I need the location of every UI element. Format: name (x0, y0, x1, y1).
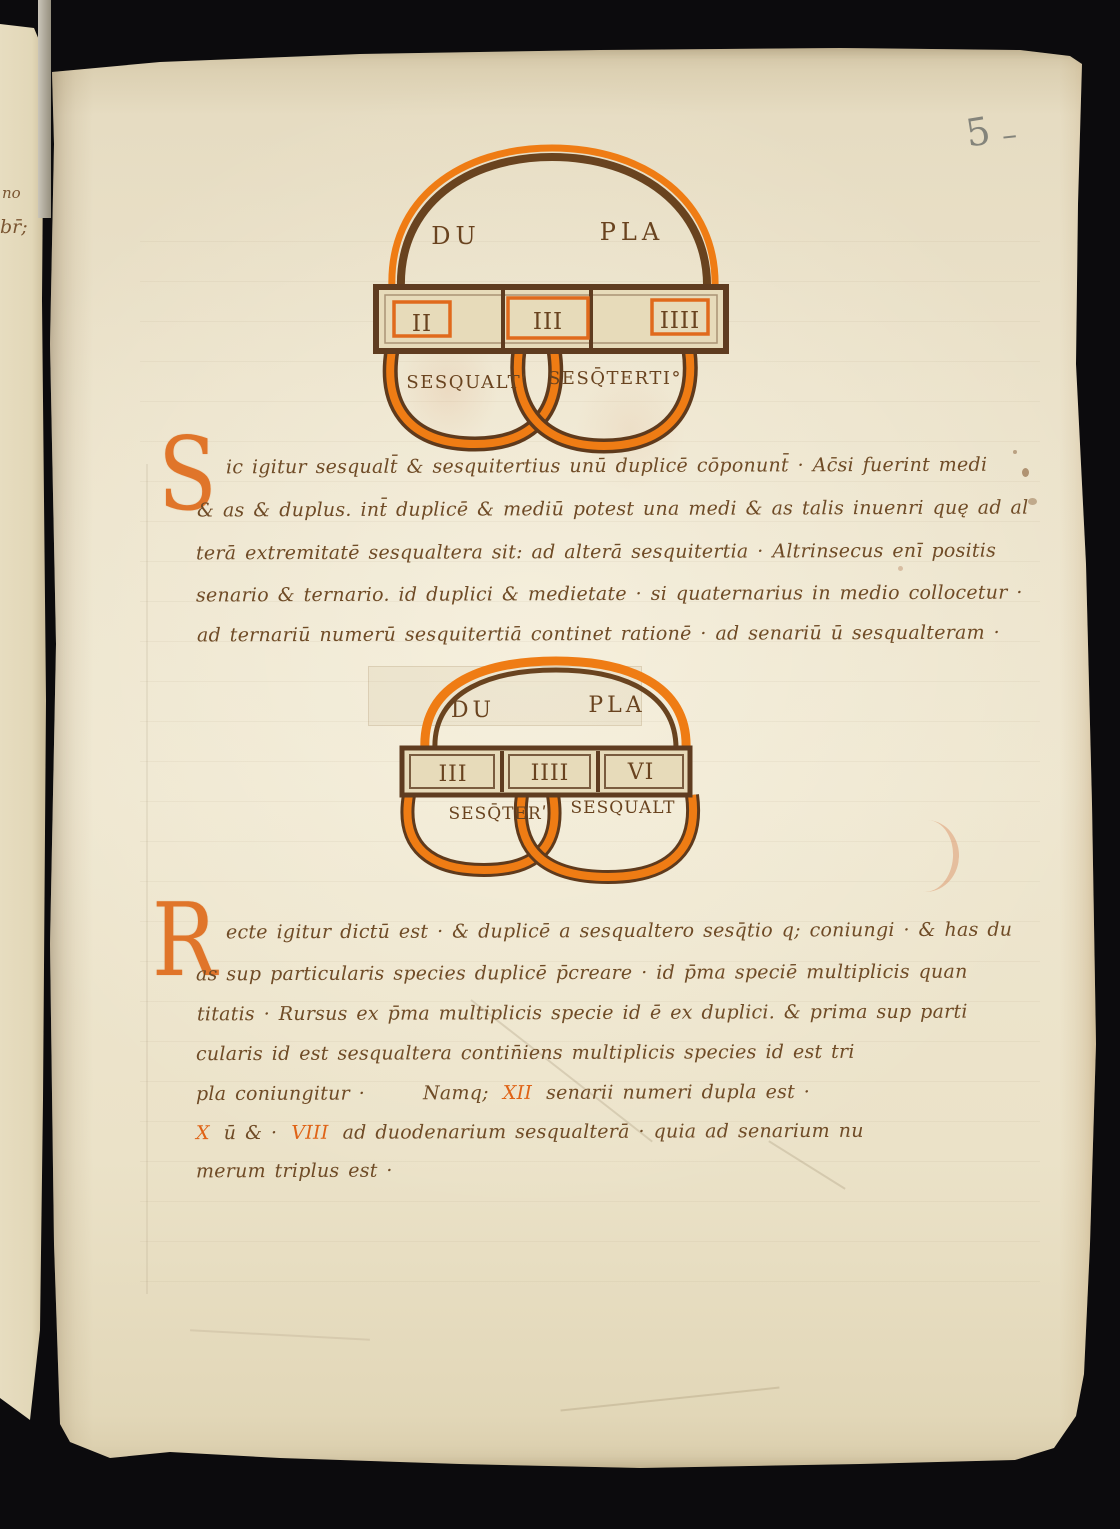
bar-cell-value: IIII (531, 761, 570, 786)
text-line: terā extremitatē sesqualtera sit: ad alt… (196, 540, 996, 565)
arch-label-du: DU (451, 698, 495, 723)
bar-cell-value: III (533, 309, 563, 335)
show-through-initial (891, 818, 962, 894)
parchment-crease (560, 1387, 779, 1412)
number-bar: III IIII VI (402, 748, 690, 795)
text-line: ad ternariū numerū sesquitertiā continet… (197, 622, 1000, 647)
text-segment: ad duodenarium sesqualterā · quia ad sen… (343, 1120, 864, 1144)
arch-label-pla: PLA (600, 218, 664, 246)
manuscript-photo: no br̄; 5 – (0, 0, 1120, 1529)
arch-label-du: DU (431, 222, 480, 250)
sesquitertia-label: SESQ̄TERʹ (449, 802, 548, 824)
fold-line (146, 464, 148, 1294)
sesquialtera-label: SESQUALTʹ (406, 372, 527, 393)
ink-stain (898, 566, 903, 571)
text-line: Xū & ·VIIIad duodenarium sesqualterā · q… (196, 1120, 864, 1144)
text-line: ecte igitur dictū est · & duplicē a sesq… (226, 919, 1012, 944)
gutter-page-sliver (38, 0, 51, 218)
sesquialtera-label: SESQUALT (571, 798, 676, 818)
text-line: as sup particularis species duplicē p̄cr… (196, 961, 968, 986)
text-line: ic igitur sesqualt̄ & sesquitertius unū … (226, 454, 987, 479)
text-line: & as & duplus. int̄ duplicē & mediū pote… (197, 497, 1029, 522)
rubric-numeral-VIII: VIII (291, 1122, 328, 1144)
text-segment: pla coniungitur · (196, 1082, 365, 1105)
gutter-text-fragment: no (2, 184, 21, 202)
text-line: pla coniungitur ·Namq;XIIsenarii numeri … (196, 1081, 810, 1105)
text-line: cularis id est sesqualtera contin̄iens m… (196, 1041, 855, 1065)
number-bar: II III IIII (376, 287, 726, 351)
rubric-numeral-X: X (196, 1122, 210, 1144)
dupla-sesquialtera-diagram-bottom: III IIII VI DU PLA SESQ̄TERʹ SESQUALT (395, 655, 725, 885)
folio-number: 5 (963, 108, 994, 155)
ink-stain (1022, 468, 1029, 477)
text-segment: senarii numeri dupla est · (546, 1081, 810, 1104)
bar-cell-value: IIII (660, 308, 700, 334)
parchment-crease (190, 1329, 370, 1340)
text-segment: Namq; (423, 1082, 489, 1104)
ink-stain (1028, 498, 1037, 505)
sesquitertia-label: SESQ̄TERTI° (548, 366, 682, 389)
text-line: merum triplus est · (196, 1160, 393, 1183)
ink-stain (1013, 450, 1017, 454)
gutter-text-fragment: br̄; (0, 216, 28, 238)
arch-label-pla: PLA (588, 693, 645, 718)
parchment-crease (768, 1140, 845, 1189)
folio-dash: – (1000, 117, 1017, 153)
bar-cell-value: II (412, 311, 432, 337)
text-segment: ū & · (224, 1122, 278, 1144)
dupla-sesquialtera-diagram-top: II III IIII DU PLA SESQUALTʹ SESQ̄TERTI° (370, 140, 750, 460)
rubric-numeral-XII: XII (503, 1082, 532, 1104)
text-line: titatis · Rursus ex p̄ma multiplicis spe… (197, 1001, 968, 1026)
lower-arcs (390, 350, 690, 446)
bar-cell-value: III (438, 762, 467, 787)
text-line: senario & ternario. id duplici & medieta… (196, 582, 1023, 607)
dupla-arch (392, 148, 715, 289)
bar-cell-value: VI (627, 760, 655, 785)
